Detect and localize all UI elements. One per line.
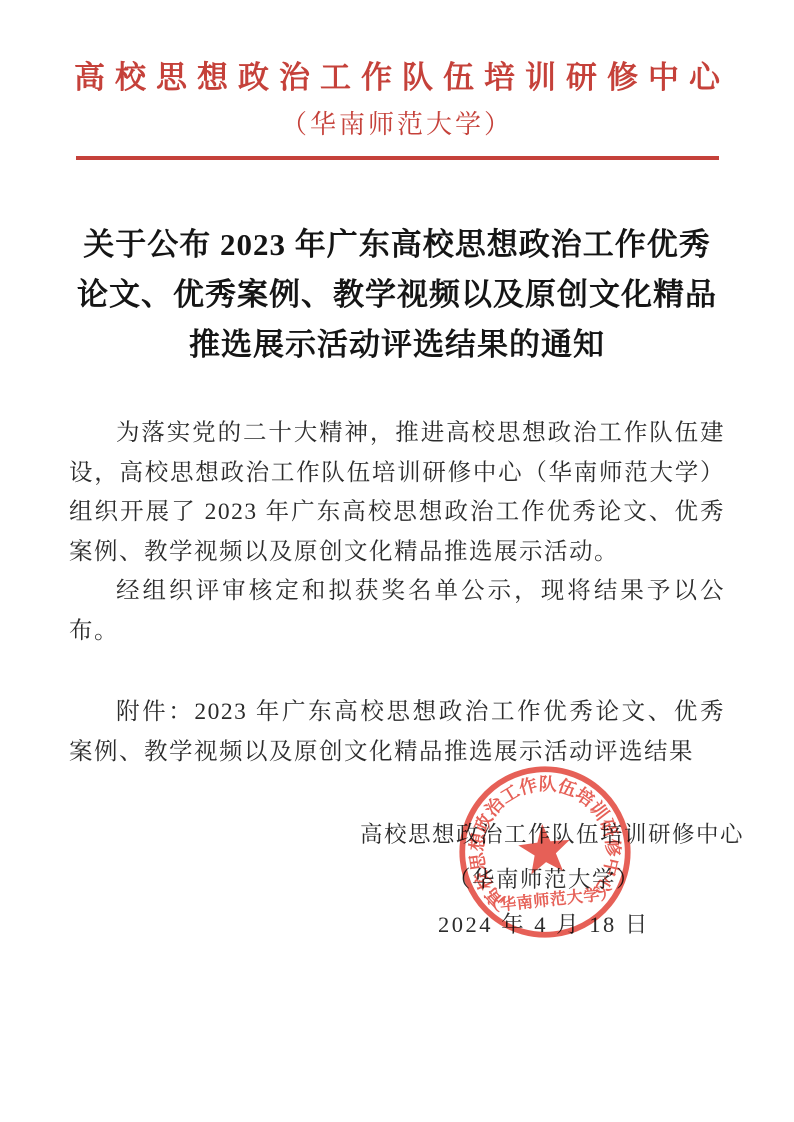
document-body: 为落实党的二十大精神，推进高校思想政治工作队伍建设，高校思想政治工作队伍培训研修… xyxy=(69,414,725,772)
letterhead-divider xyxy=(76,156,719,160)
document-page: 高校思想政治工作队伍培训研修中心 （华南师范大学） 关于公布 2023 年广东高… xyxy=(0,0,794,1122)
signature-date: 2024 年 4 月 18 日 xyxy=(360,902,728,947)
document-title-line-1: 关于公布 2023 年广东高校思想政治工作优秀 xyxy=(0,220,794,270)
document-title-line-3: 推选展示活动评选结果的通知 xyxy=(0,320,794,370)
attachment-note: 附件：2023 年广东高校思想政治工作优秀论文、优秀案例、教学视频以及原创文化精… xyxy=(69,693,725,772)
body-paragraph-1: 为落实党的二十大精神，推进高校思想政治工作队伍建设，高校思想政治工作队伍培训研修… xyxy=(69,414,725,572)
body-paragraph-2: 经组织评审核定和拟获奖名单公示，现将结果予以公布。 xyxy=(69,572,725,651)
document-title: 关于公布 2023 年广东高校思想政治工作优秀 论文、优秀案例、教学视频以及原创… xyxy=(0,220,794,370)
letterhead-org-name: 高校思想政治工作队伍培训研修中心 xyxy=(0,52,794,97)
letterhead: 高校思想政治工作队伍培训研修中心 （华南师范大学） xyxy=(0,0,794,160)
signature-block: 高校思想政治工作队伍培训研修中心 （华南师范大学） 2024 年 4 月 18 … xyxy=(360,812,728,947)
signature-affiliation: （华南师范大学） xyxy=(360,857,728,902)
signature-org: 高校思想政治工作队伍培训研修中心 xyxy=(360,812,728,857)
document-title-line-2: 论文、优秀案例、教学视频以及原创文化精品 xyxy=(0,270,794,320)
letterhead-subtitle: （华南师范大学） xyxy=(0,104,794,141)
